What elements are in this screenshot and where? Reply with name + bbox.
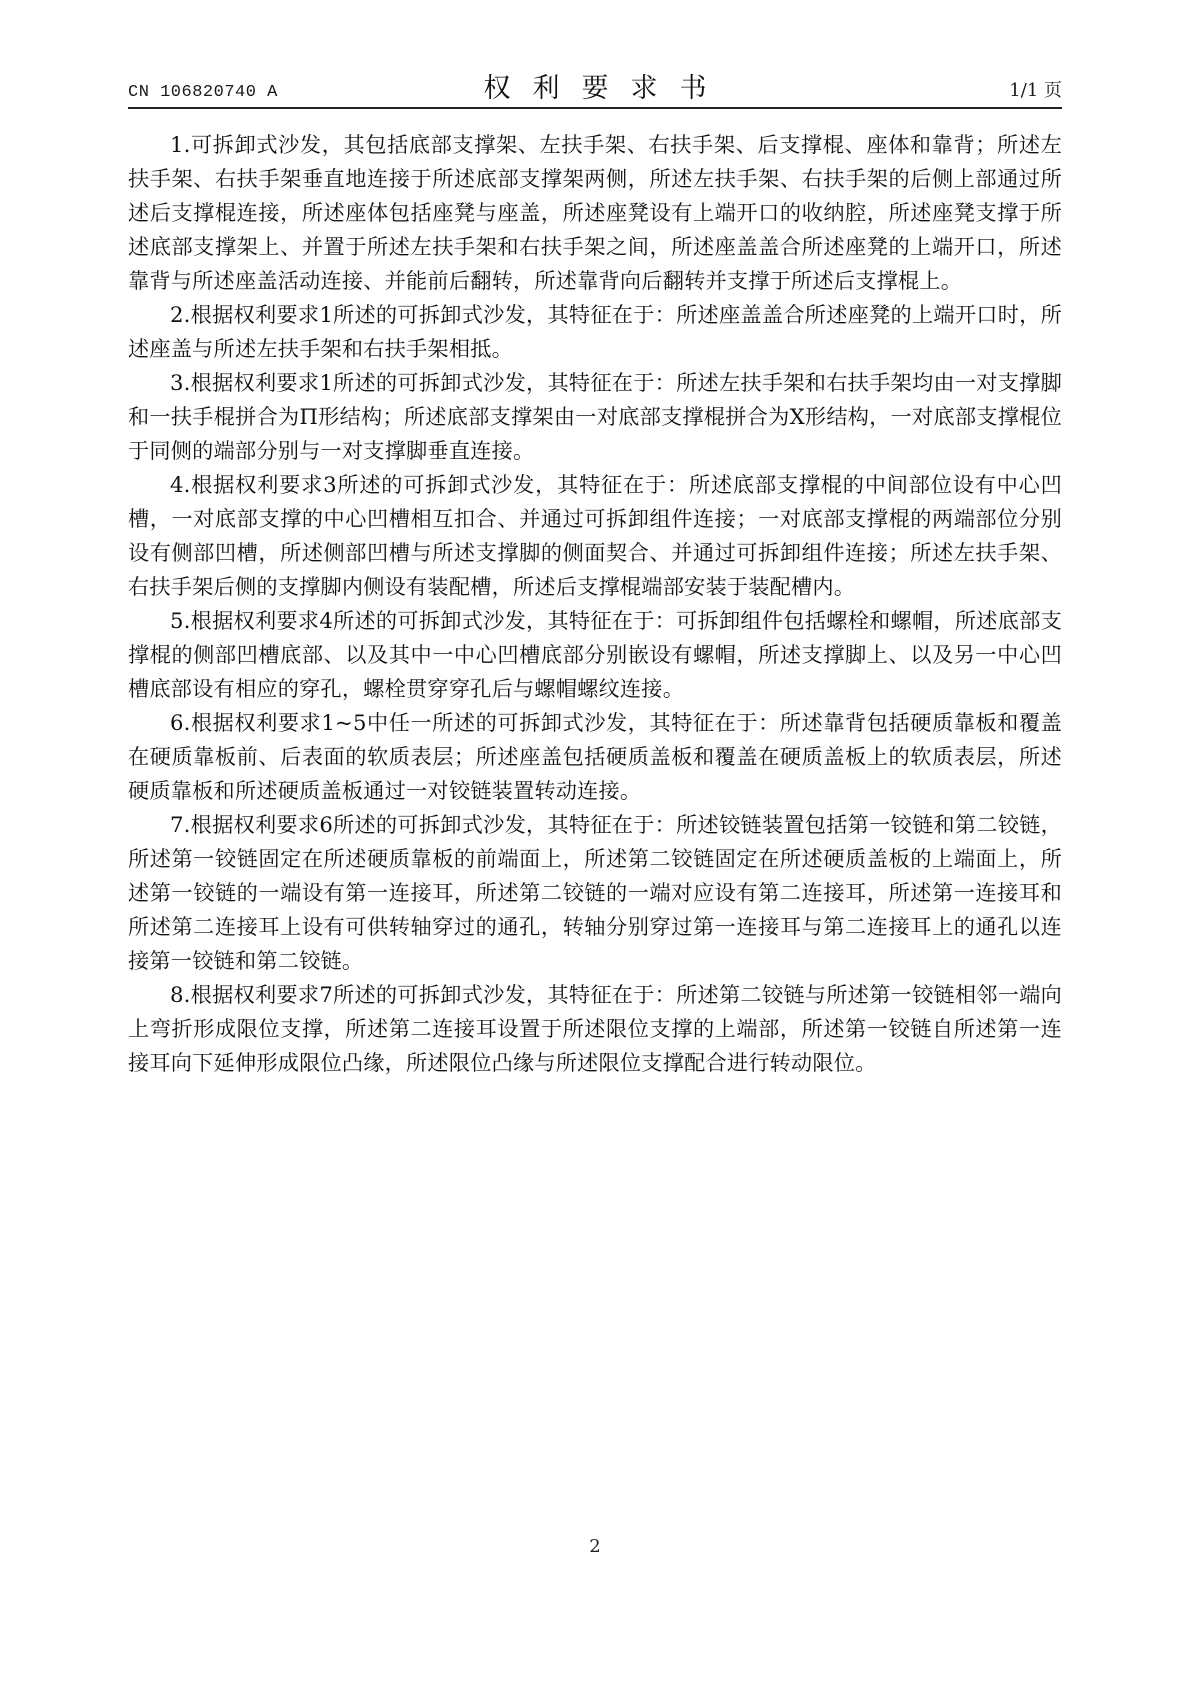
claim-6: 6.根据权利要求1~5中任一所述的可拆卸式沙发，其特征在于：所述靠背包括硬质靠板…: [128, 706, 1062, 808]
document-title: 权利要求书: [128, 66, 1062, 105]
claim-8: 8.根据权利要求7所述的可拆卸式沙发，其特征在于：所述第二铰链与所述第一铰链相邻…: [128, 978, 1062, 1080]
claim-3: 3.根据权利要求1所述的可拆卸式沙发，其特征在于：所述左扶手架和右扶手架均由一对…: [128, 366, 1062, 468]
header-divider: [128, 107, 1062, 109]
claim-4: 4.根据权利要求3所述的可拆卸式沙发，其特征在于：所述底部支撑棍的中间部位设有中…: [128, 468, 1062, 604]
page-number: 2: [0, 1536, 1190, 1557]
document-header: CN 106820740 A 权利要求书 1/1 页: [128, 62, 1062, 108]
page-count: 1/1 页: [1009, 76, 1062, 102]
claims-list: 1.可拆卸式沙发，其包括底部支撑架、左扶手架、右扶手架、后支撑棍、座体和靠背；所…: [128, 128, 1062, 1080]
claim-5: 5.根据权利要求4所述的可拆卸式沙发，其特征在于：可拆卸组件包括螺栓和螺帽，所述…: [128, 604, 1062, 706]
claim-1: 1.可拆卸式沙发，其包括底部支撑架、左扶手架、右扶手架、后支撑棍、座体和靠背；所…: [128, 128, 1062, 298]
claim-2: 2.根据权利要求1所述的可拆卸式沙发，其特征在于：所述座盖盖合所述座凳的上端开口…: [128, 298, 1062, 366]
claim-7: 7.根据权利要求6所述的可拆卸式沙发，其特征在于：所述铰链装置包括第一铰链和第二…: [128, 808, 1062, 978]
